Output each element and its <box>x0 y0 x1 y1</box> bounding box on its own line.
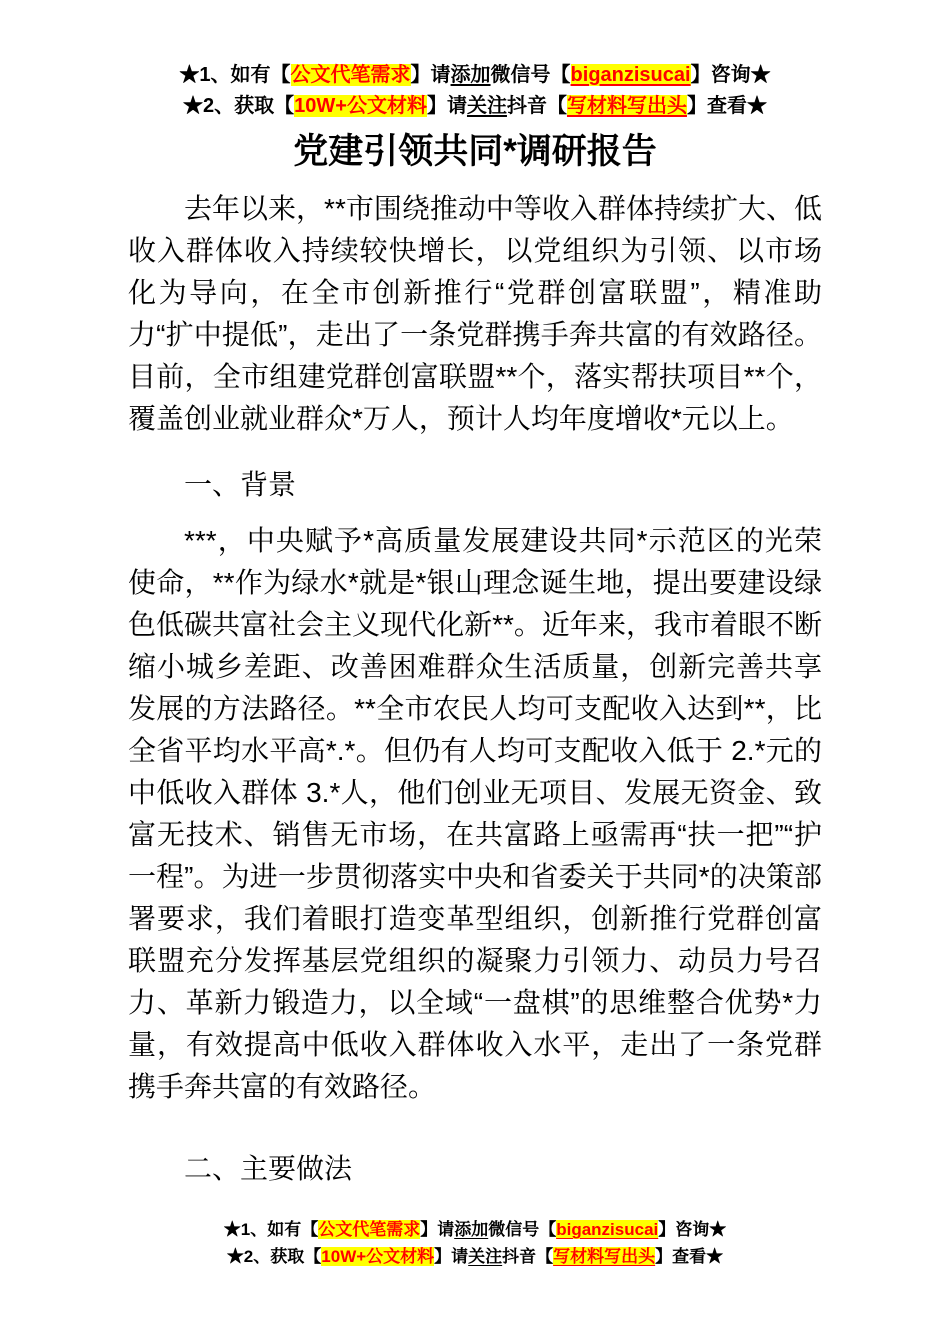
promo-bottom-line-2: ★2、获取【10W+公文材料】请关注抖音【写材料写出头】查看★ <box>0 1243 950 1270</box>
document-body: 去年以来，**市围绕推动中等收入群体持续扩大、低收入群体收入持续较快增长，以党组… <box>128 188 822 1190</box>
promo-highlight-materials: 10W+公文材料 <box>294 95 427 117</box>
paragraph-background: ***，中央赋予*高质量发展建设共同*示范区的光荣使命，**作为绿水*就是*银山… <box>128 520 822 1108</box>
promo-douyin-account: 写材料写出头 <box>553 1247 655 1266</box>
promo-text: 】咨询★ <box>658 1220 726 1239</box>
document-title: 党建引领共同*调研报告 <box>0 130 950 174</box>
promo-text: ★2、获取【 <box>227 1247 321 1266</box>
document-page: ★1、如有【公文代笔需求】请添加微信号【biganzisucai】咨询★ ★2、… <box>0 0 950 1344</box>
promo-top-line-1: ★1、如有【公文代笔需求】请添加微信号【biganzisucai】咨询★ <box>0 60 950 91</box>
heading-section-1-background: 一、背景 <box>128 464 822 506</box>
promo-text: 】请 <box>434 1247 468 1266</box>
promo-top-line-2: ★2、获取【10W+公文材料】请关注抖音【写材料写出头】查看★ <box>0 91 950 122</box>
promo-wechat-id: biganzisucai <box>556 1220 658 1239</box>
promo-highlight-writing-service: 公文代笔需求 <box>291 64 411 86</box>
promo-highlight-writing-service: 公文代笔需求 <box>318 1220 420 1239</box>
promo-highlight-materials: 10W+公文材料 <box>321 1247 434 1266</box>
heading-section-2-main-practices: 二、主要做法 <box>128 1148 822 1190</box>
promo-banner-bottom: ★1、如有【公文代笔需求】请添加微信号【biganzisucai】咨询★ ★2、… <box>0 1216 950 1270</box>
promo-text: 抖音【 <box>502 1247 553 1266</box>
promo-text: 抖音【 <box>507 95 567 117</box>
promo-text: 】咨询★ <box>691 64 771 86</box>
promo-douyin-account: 写材料写出头 <box>567 95 687 117</box>
promo-text: 】请 <box>411 64 451 86</box>
promo-text: 】请 <box>427 95 467 117</box>
promo-text: ★1、如有【 <box>224 1220 318 1239</box>
promo-text: 微信号【 <box>488 1220 556 1239</box>
promo-text: ★1、如有【 <box>179 64 290 86</box>
promo-text: 】查看★ <box>655 1247 723 1266</box>
paragraph-intro: 去年以来，**市围绕推动中等收入群体持续扩大、低收入群体收入持续较快增长，以党组… <box>128 188 822 440</box>
promo-text: ★2、获取【 <box>183 95 294 117</box>
promo-underline-follow: 关注 <box>467 95 507 117</box>
promo-underline-follow: 关注 <box>468 1247 502 1266</box>
promo-bottom-line-1: ★1、如有【公文代笔需求】请添加微信号【biganzisucai】咨询★ <box>0 1216 950 1243</box>
promo-text: 】请 <box>420 1220 454 1239</box>
promo-underline-add: 添加 <box>451 64 491 86</box>
promo-banner-top: ★1、如有【公文代笔需求】请添加微信号【biganzisucai】咨询★ ★2、… <box>0 0 950 122</box>
promo-underline-add: 添加 <box>454 1220 488 1239</box>
promo-text: 】查看★ <box>687 95 767 117</box>
promo-text: 微信号【 <box>491 64 571 86</box>
promo-wechat-id: biganzisucai <box>571 64 691 86</box>
